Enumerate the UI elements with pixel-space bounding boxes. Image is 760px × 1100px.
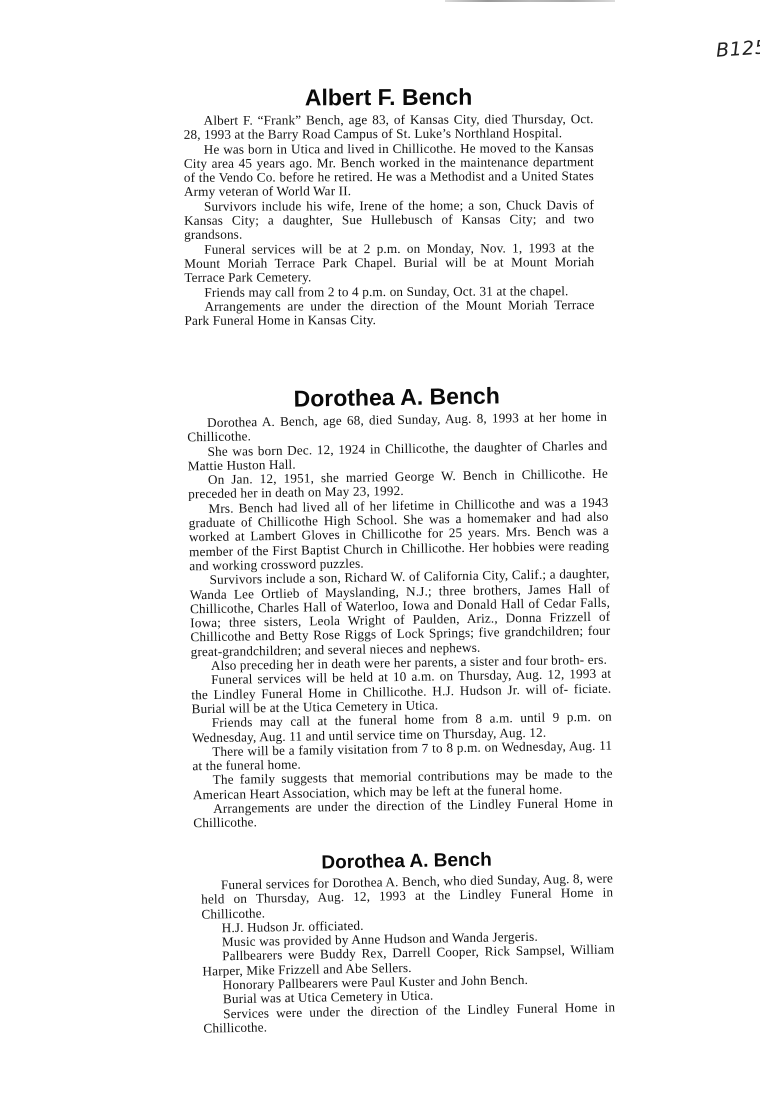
obituary-paragraph: Arrangements are under the direction of …	[193, 796, 613, 831]
obituary-paragraph: He was born in Utica and lived in Chilli…	[184, 141, 594, 200]
obituary-title: Albert F. Bench	[183, 85, 593, 110]
scan-edge-line	[445, 0, 615, 2]
obituary-albert-bench: Albert F. Bench Albert F. “Frank” Bench,…	[183, 85, 594, 328]
obituary-paragraph: Albert F. “Frank” Bench, age 83, of Kans…	[184, 112, 594, 142]
obituary-paragraph: Survivors include his wife, Irene of the…	[184, 198, 594, 243]
obituary-paragraph: Funeral services for Dorothea A. Bench, …	[201, 871, 614, 921]
obituary-dorothea-bench-services: Dorothea A. Bench Funeral services for D…	[200, 848, 615, 1035]
obituary-paragraph: Services were under the direction of the…	[203, 1000, 615, 1036]
obituary-paragraph: Survivors include a son, Richard W. of C…	[189, 567, 610, 659]
obituary-dorothea-bench: Dorothea A. Bench Dorothea A. Bench, age…	[187, 383, 614, 831]
obituary-paragraph: Arrangements are under the direction of …	[184, 298, 594, 328]
obituary-paragraph: Mrs. Bench had lived all of her lifetime…	[188, 495, 609, 573]
obituary-paragraph: Funeral services will be at 2 p.m. on Mo…	[184, 241, 594, 286]
obituary-title: Dorothea A. Bench	[187, 383, 607, 413]
handwritten-page-id: B125	[715, 36, 760, 62]
